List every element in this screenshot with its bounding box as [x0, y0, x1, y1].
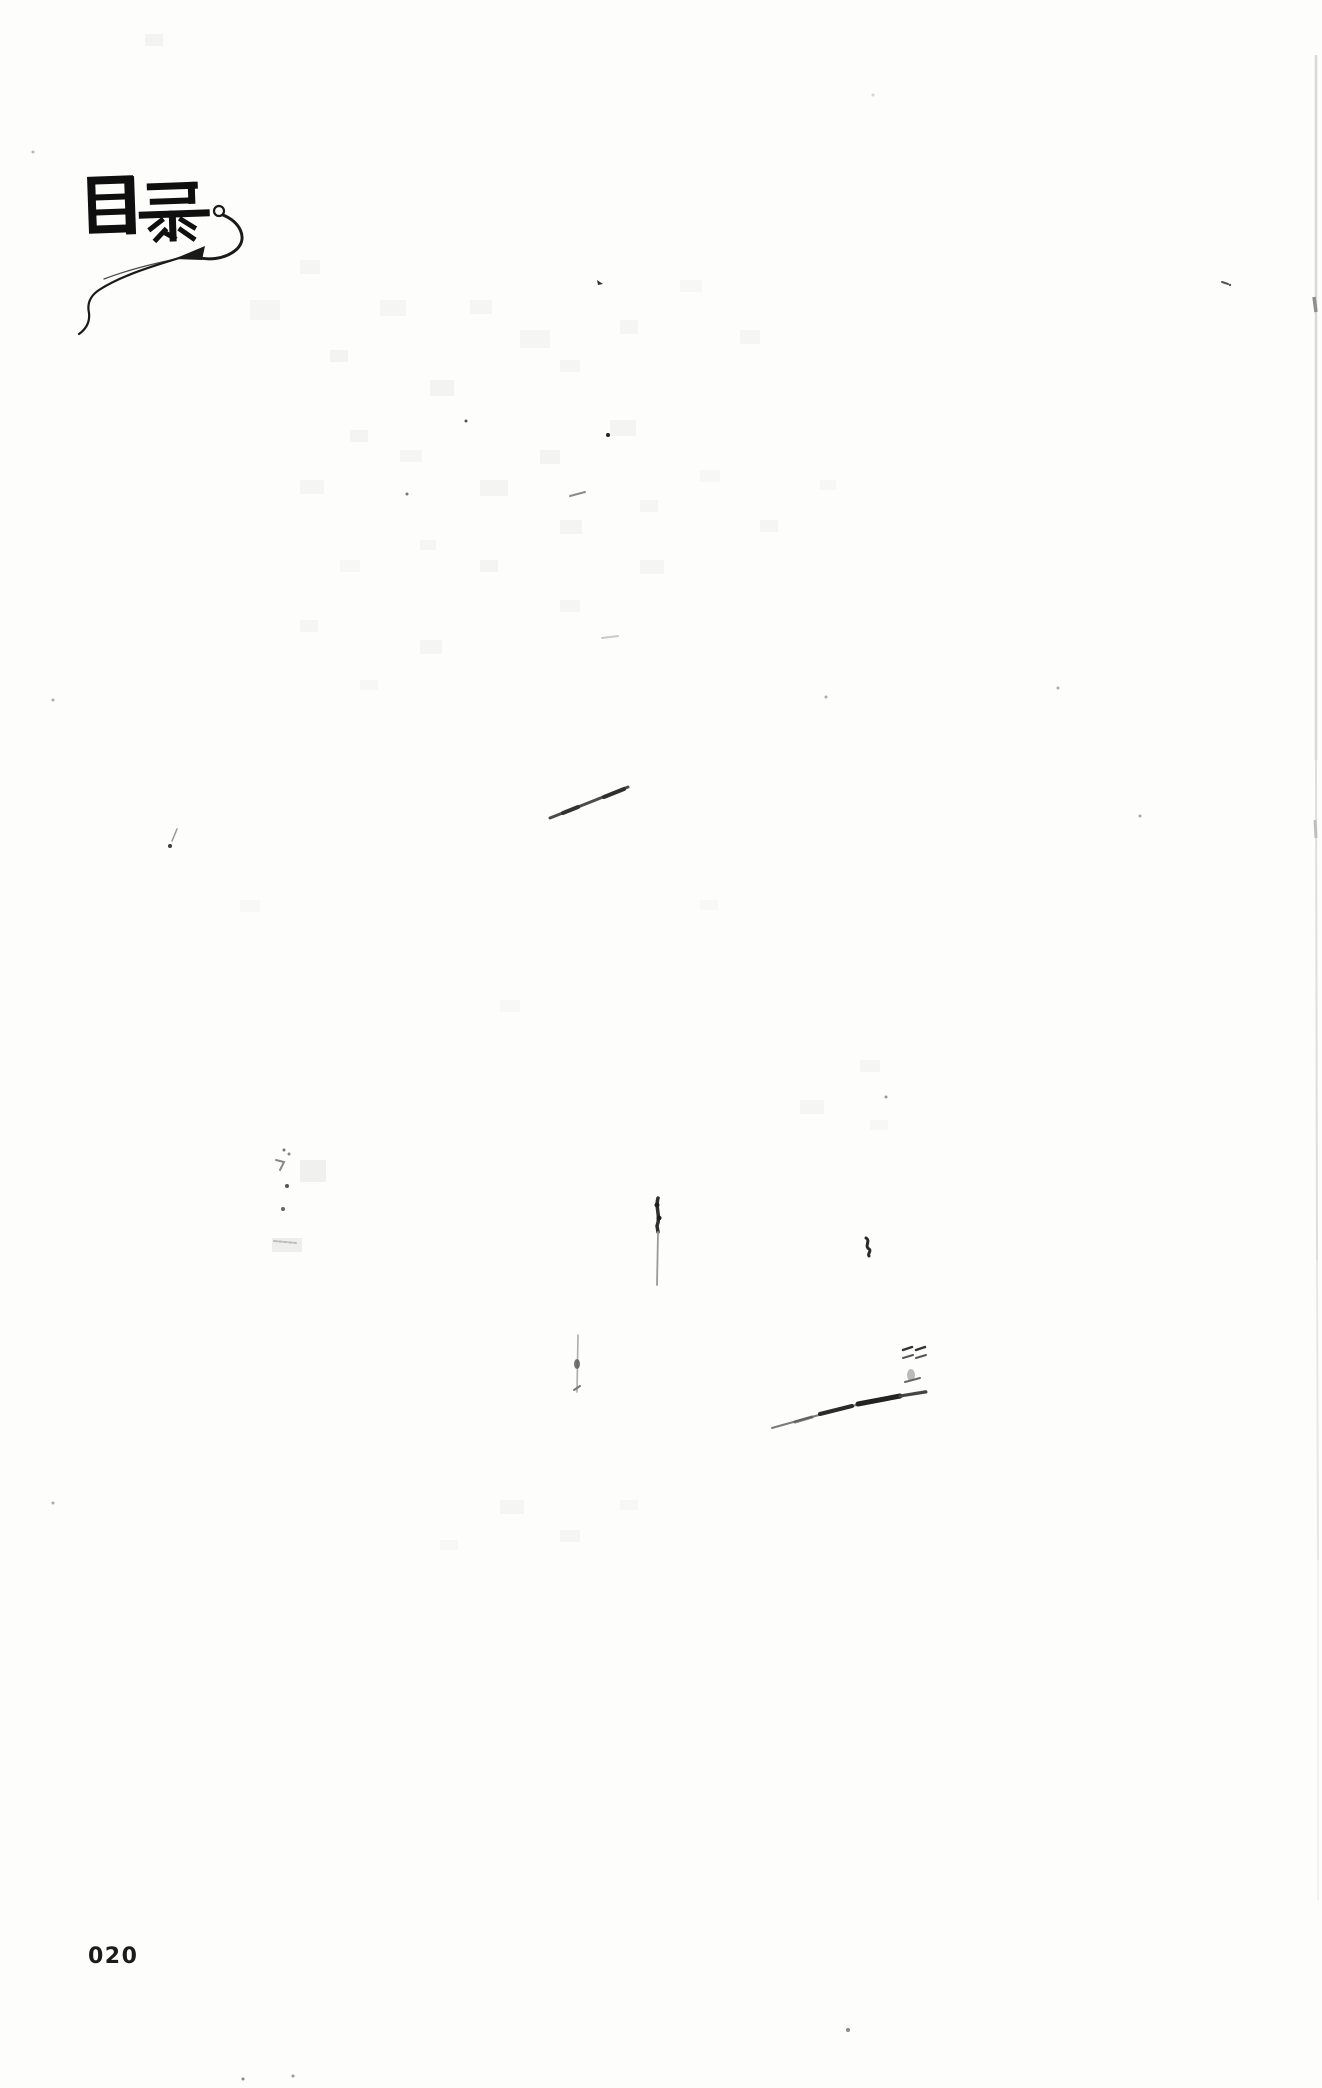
page-title: 目录	[84, 169, 208, 253]
scanned-book-page: 目录 020	[0, 0, 1322, 2088]
page-number: 020	[88, 1944, 138, 1969]
toc-title: 目录	[70, 165, 270, 345]
page-edge-line	[1314, 55, 1318, 1900]
dust-specks	[32, 94, 1232, 2081]
